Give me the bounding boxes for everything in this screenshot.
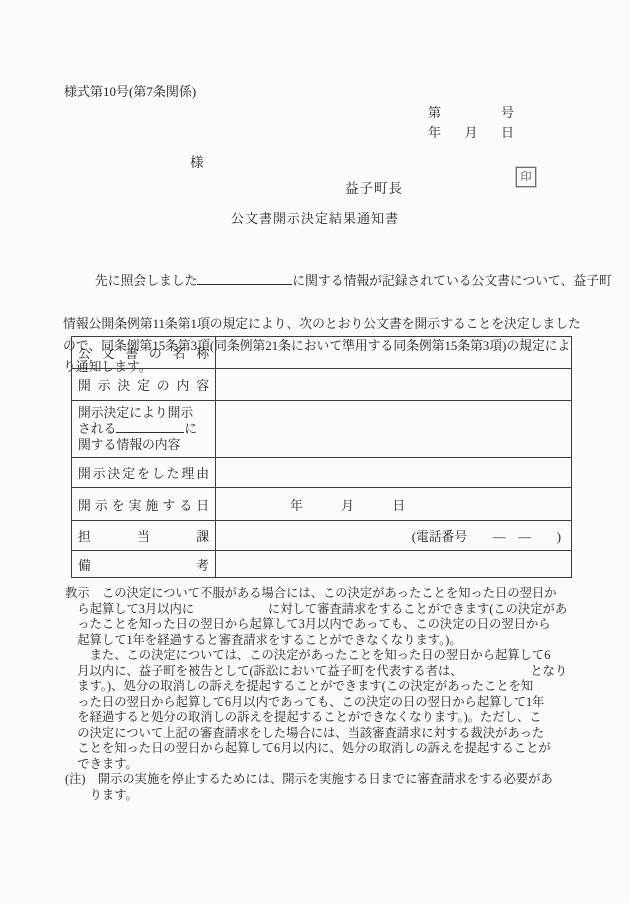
disclosure-table: 公文書の名称 開示決定の内容 開示決定により開示 されるに 関する情報の内容 開…: [71, 336, 572, 578]
body-line-1-pre: 先に照会しました: [82, 274, 197, 288]
date-month-label: 月: [464, 122, 477, 141]
row-value-disclosure-date: 年 月 日: [216, 488, 572, 521]
notice-line-7: ます。)、処分の取消しの訴えを提起することができます(この決定があったことを知: [65, 679, 580, 695]
date-line: 年 月 日: [428, 122, 514, 141]
blank-field: [197, 272, 292, 285]
notice-line-3: ったことを知った日の翌日から起算して3月以内であっても、この決定の日の翌日から: [65, 617, 580, 633]
notice-line-8: った日の翌日から起算して6月以内であっても、この決定の日の翌日から起算して1年: [65, 695, 580, 711]
notice-line-12: できます。: [65, 757, 580, 773]
table-row-disclosure-date: 開示を実施する日 年 月 日: [72, 488, 572, 521]
seal-icon: 印: [521, 171, 532, 183]
row-value-decision-reason: [216, 458, 572, 488]
table-row-department: 担当課 (電話番号 ― ― ): [72, 521, 572, 551]
row-label-info-content: 開示決定により開示 されるに 関する情報の内容: [72, 401, 216, 458]
remedy-notice: 教示 この決定について不服がある場合には、この決定があったことを知った日の翌日か…: [65, 586, 580, 803]
table-row-remarks: 備考: [72, 551, 572, 578]
row-label-disclosure-date: 開示を実施する日: [72, 488, 216, 521]
notice-line-11: ことを知った日の翌日から起算して6月以内に、処分の取消しの訴えを提起することが: [65, 741, 580, 757]
row-value-remarks: [216, 551, 572, 578]
info-content-label-line-3: 関する情報の内容: [78, 437, 209, 453]
body-line-1: 先に照会しましたに関する情報が記録されている公文書について、益子町: [63, 250, 578, 314]
notice-line-1: 教示 この決定について不服がある場合には、この決定があったことを知った日の翌日か: [65, 586, 580, 602]
row-label-department: 担当課: [72, 521, 216, 551]
notice-line-10: の決定について上記の審査請求をした場合には、当該審査請求に対する裁決があった: [65, 726, 580, 742]
doc-number-prefix: 第: [428, 102, 441, 121]
table-row-decision-content: 開示決定の内容: [72, 369, 572, 401]
form-number: 様式第10号(第7条関係): [64, 81, 196, 100]
info-content-label-line-2: されるに: [78, 421, 209, 437]
note-line-2: ります。: [65, 788, 580, 804]
row-label-remarks: 備考: [72, 551, 216, 578]
row-value-info-content: [216, 401, 572, 458]
body-line-1-post: に関する情報が記録されている公文書について、益子町: [292, 274, 611, 288]
seal-box: 印: [516, 167, 536, 187]
document-page: 様式第10号(第7条関係) 第 号 年 月 日 様 益子町長 印 公文書開示決定…: [0, 0, 630, 903]
notice-line-4: 起算して1年を経過すると審査請求をすることができなくなります。)。: [65, 633, 580, 649]
row-value-decision-content: [216, 369, 572, 401]
notice-line-6: 月以内に、益子町を被告として(訴訟において益子町を代表する者は、 となり: [65, 664, 580, 680]
table-row-decision-reason: 開示決定をした理由: [72, 458, 572, 488]
document-title: 公文書開示決定結果通知書: [0, 208, 630, 227]
info-content-label-line-1: 開示決定により開示: [78, 405, 209, 421]
info-content-label-line-2-post: に: [184, 422, 197, 436]
sender-title: 益子町長: [345, 177, 403, 197]
info-content-label-line-2-pre: される: [78, 422, 116, 436]
addressee-honorific: 様: [190, 151, 204, 171]
note-line-1: (注) 開示の実施を停止するためには、開示を実施する日までに審査請求をする必要が…: [65, 772, 580, 788]
doc-number-line: 第 号: [428, 102, 514, 121]
row-label-decision-content: 開示決定の内容: [72, 369, 216, 401]
notice-line-5: また、この決定については、この決定があったことを知った日の翌日から起算して6: [65, 648, 580, 664]
date-year-label: 年: [428, 122, 441, 141]
table-row-document-name: 公文書の名称: [72, 337, 572, 369]
notice-line-2: ら起算して3月以内に に対して審査請求をすることができます(この決定があ: [65, 602, 580, 618]
doc-number-suffix: 号: [501, 102, 514, 121]
row-value-department-phone: (電話番号 ― ― ): [216, 521, 572, 551]
row-label-document-name: 公文書の名称: [72, 337, 216, 369]
table-row-info-content: 開示決定により開示 されるに 関する情報の内容: [72, 401, 572, 458]
body-line-2: 情報公開条例第11条第1項の規定により、次のとおり公文書を開示することを決定しま…: [63, 314, 578, 335]
blank-field: [116, 421, 184, 433]
notice-line-9: を経過すると処分の取消しの訴えを提起することができなくなります。)。ただし、こ: [65, 710, 580, 726]
row-label-decision-reason: 開示決定をした理由: [72, 458, 216, 488]
row-value-document-name: [216, 337, 572, 369]
date-day-label: 日: [501, 122, 514, 141]
